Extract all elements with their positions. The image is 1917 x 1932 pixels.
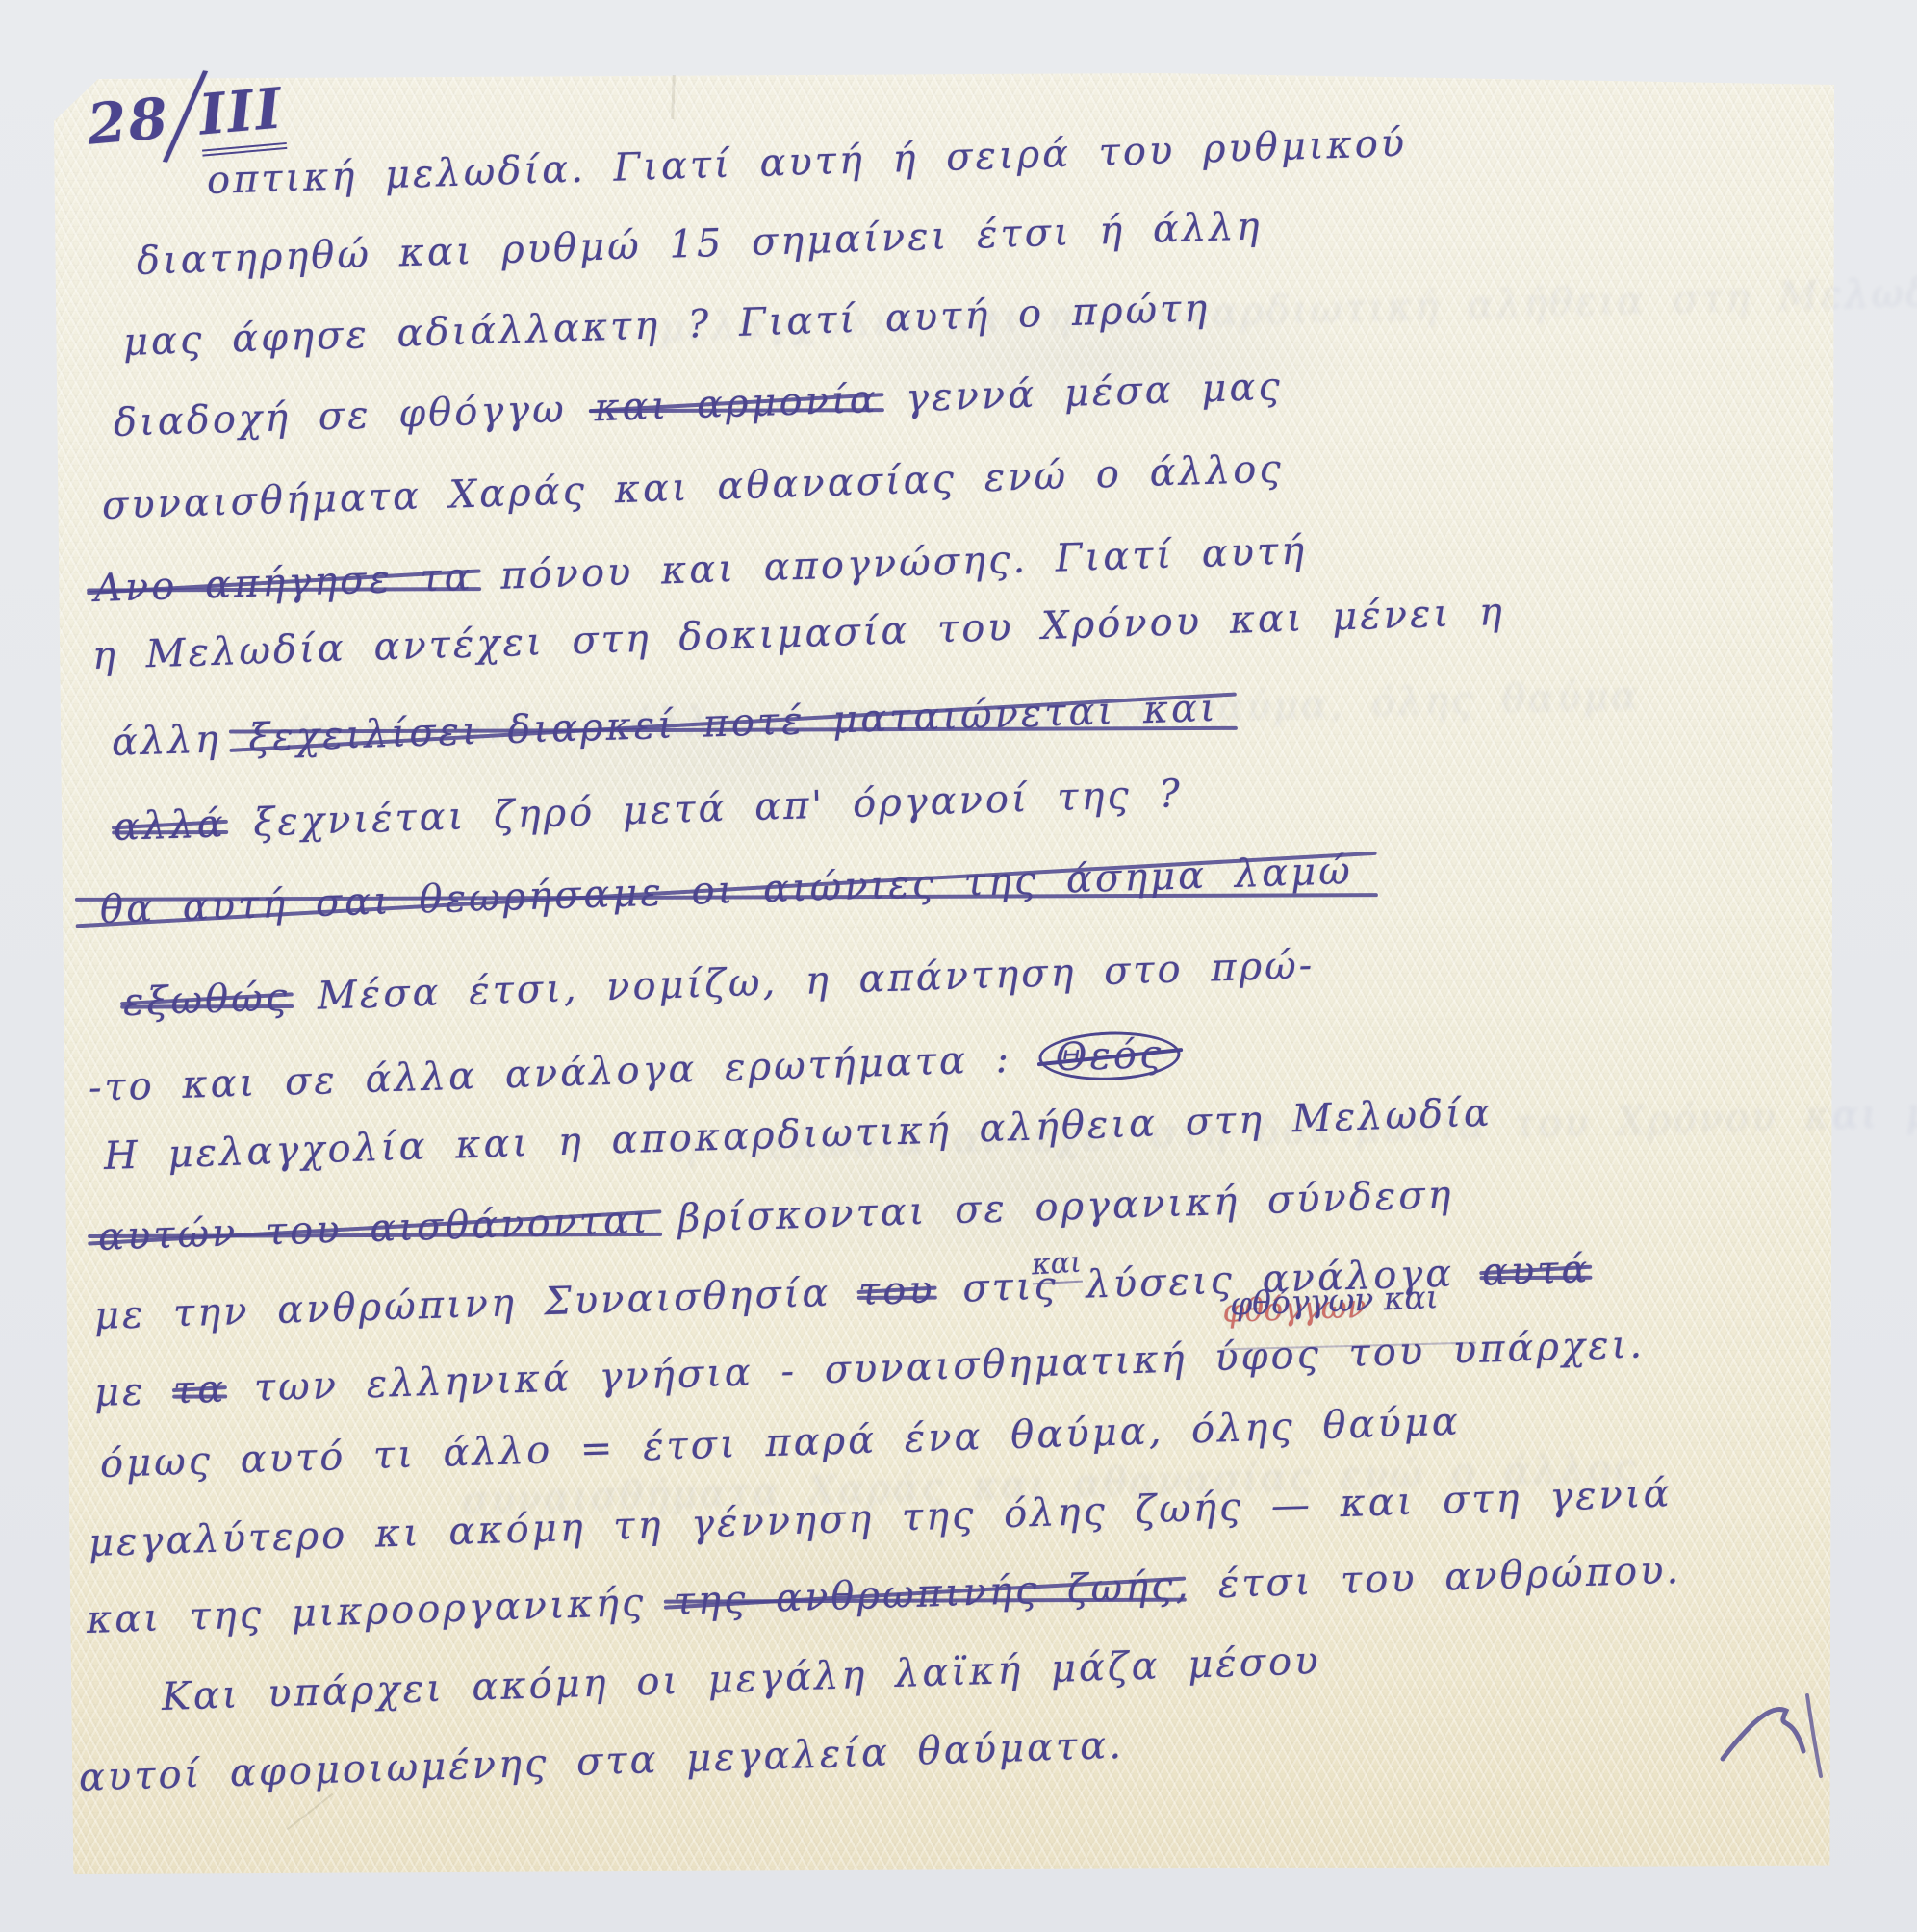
line-text: και της μικροοργανικής xyxy=(86,1580,674,1642)
line-text: αυτοί αφομοιωμένης στα μεγαλεία θαύματα. xyxy=(78,1723,1124,1800)
line-text: οπτική μελωδία. Γιατί αυτή ή σειρά του ρ… xyxy=(206,121,1408,203)
struck-text: θα αυτή σαι θεωρήσαμε οι αιώνιες της άση… xyxy=(99,852,1353,929)
handwritten-line: θα αυτή σαι θεωρήσαμε οι αιώνιες της άση… xyxy=(99,852,1353,929)
ink-smudge-mark xyxy=(1715,1663,1830,1778)
handwritten-line: Η μελαγχολία και η αποκαρδιωτική αλήθεια… xyxy=(103,1094,1493,1176)
struck-text: τα xyxy=(173,1370,227,1411)
scribbled-out-word: Θεός xyxy=(1038,1030,1181,1082)
line-text: με xyxy=(93,1368,174,1415)
date-month: ΙΙΙ xyxy=(196,75,287,156)
struck-text: και αρμονία xyxy=(594,380,879,427)
line-text: συναισθήματα Χαράς και αθανασίας ενώ ο ά… xyxy=(101,446,1284,528)
line-text: διαδοχή σε φθόγγω xyxy=(113,386,595,445)
interline-insertion-phthongon: φθόγγων φθόγγων και xyxy=(1229,1278,1439,1323)
line-text: πόνου και απογνώσης. Γιατί αυτή xyxy=(473,528,1308,598)
line-text: άλλη xyxy=(111,717,249,765)
handwritten-line: Και υπάρχει ακόμη οι μεγάλη λαϊκή μάζα μ… xyxy=(161,1641,1321,1716)
handwritten-line: μεγαλύτερο κι ακόμη τη γέννηση της όλης … xyxy=(88,1474,1673,1563)
line-text: βρίσκονται σε οργανική σύνδεση xyxy=(650,1173,1454,1242)
struck-text: εξωθώς xyxy=(122,979,290,1022)
line-text: , έτσι του ανθρώπου. xyxy=(1175,1548,1682,1608)
struck-text: αυτών του αισθάνονται xyxy=(97,1201,651,1257)
blue-ink-over-text: φθόγγων και xyxy=(1229,1278,1439,1323)
handwritten-line: και της μικροοργανικής της ανθρωπινής ζω… xyxy=(86,1551,1681,1640)
handwriting-layer: 28/ΙΙΙ οπτική μελωδία. Γιατί αυτή ή σειρ… xyxy=(0,0,1917,1932)
struck-text: του xyxy=(857,1271,935,1311)
struck-text: αυτά xyxy=(1481,1250,1591,1292)
handwritten-line: αυτών του αισθάνονται βρίσκονται σε οργα… xyxy=(97,1176,1454,1257)
struck-text: της ανθρωπινής ζωής xyxy=(673,1566,1176,1620)
handwritten-line: συναισθήματα Χαράς και αθανασίας ενώ ο ά… xyxy=(101,449,1284,525)
struck-text: ξεχειλίσει διαρκεί ποτέ ματαιώνεται και xyxy=(248,689,1219,758)
handwritten-line: διατηρηθώ και ρυθμώ 15 σημαίνει έτσι ή ά… xyxy=(136,207,1263,281)
struck-text: Ανο απήγησε τα xyxy=(93,558,473,608)
handwritten-line: αλλά ξεχνιέται ζηρό μετά απ' όργανοί της… xyxy=(113,775,1183,847)
line-text: -το και σε άλλα ανάλογα ερωτήματα : xyxy=(88,1036,1039,1110)
line-text: ξεχνιέται ζηρό μετά απ' όργανοί της ? xyxy=(225,772,1184,846)
handwritten-line: μας άφησε αδιάλλακτη ? Γιατί αυτή ο πρώτ… xyxy=(122,290,1210,362)
line-text: των ελληνικά γνήσια - συναισθηματική ύφο… xyxy=(226,1322,1646,1411)
line-text: Μέσα έτσι, νομίζω, η απάντηση στο πρώ- xyxy=(289,943,1315,1019)
handwritten-line: -το και σε άλλα ανάλογα ερωτήματα : Θεός xyxy=(88,1030,1181,1112)
line-text: μεγαλύτερο κι ακόμη τη γέννηση της όλης … xyxy=(88,1471,1673,1565)
handwritten-line: αυτοί αφομοιωμένης στα μεγαλεία θαύματα. xyxy=(78,1726,1124,1797)
struck-text: αλλά xyxy=(113,804,226,847)
handwritten-line: διαδοχή σε φθόγγω και αρμονία γεννά μέσα… xyxy=(113,368,1283,443)
handwritten-line: εξωθώς Μέσα έτσι, νομίζω, η απάντηση στο… xyxy=(122,946,1315,1022)
line-text: μας άφησε αδιάλλακτη ? Γιατί αυτή ο πρώτ… xyxy=(122,287,1211,365)
line-text: με την ανθρώπινη Συναισθησία xyxy=(93,1270,859,1338)
line-text: Και υπάρχει ακόμη οι μεγάλη λαϊκή μάζα μ… xyxy=(161,1639,1321,1719)
handwritten-line: Ανο απήγησε τα πόνου και απογνώσης. Γιατ… xyxy=(93,531,1307,608)
line-text: διατηρηθώ και ρυθμώ 15 σημαίνει έτσι ή ά… xyxy=(136,204,1263,284)
date-heading: 28/ΙΙΙ xyxy=(85,71,286,159)
handwritten-line: οπτική μελωδία. Γιατί αυτή ή σειρά του ρ… xyxy=(206,124,1407,200)
line-text: γεννά μέσα μας xyxy=(878,365,1284,421)
handwritten-line: η Μελωδία αντέχει στη δοκιμασία του Χρόν… xyxy=(91,593,1505,675)
line-text: όμως αυτό τι άλλο = έτσι παρά ένα θαύμα,… xyxy=(99,1400,1461,1487)
handwritten-line: όμως αυτό τι άλλο = έτσι παρά ένα θαύμα,… xyxy=(99,1403,1461,1484)
scanned-page: Η μελαγχολία και η αποκαρδιωτική αλήθεια… xyxy=(0,0,1917,1932)
handwritten-line: με τα των ελληνικά γνήσια - συναισθηματι… xyxy=(93,1325,1645,1412)
interline-insertion-kai: και xyxy=(1031,1246,1083,1285)
date-day: 28 xyxy=(85,86,171,158)
handwritten-line: άλλη ξεχειλίσει διαρκεί ποτέ ματαιώνεται… xyxy=(111,689,1218,762)
